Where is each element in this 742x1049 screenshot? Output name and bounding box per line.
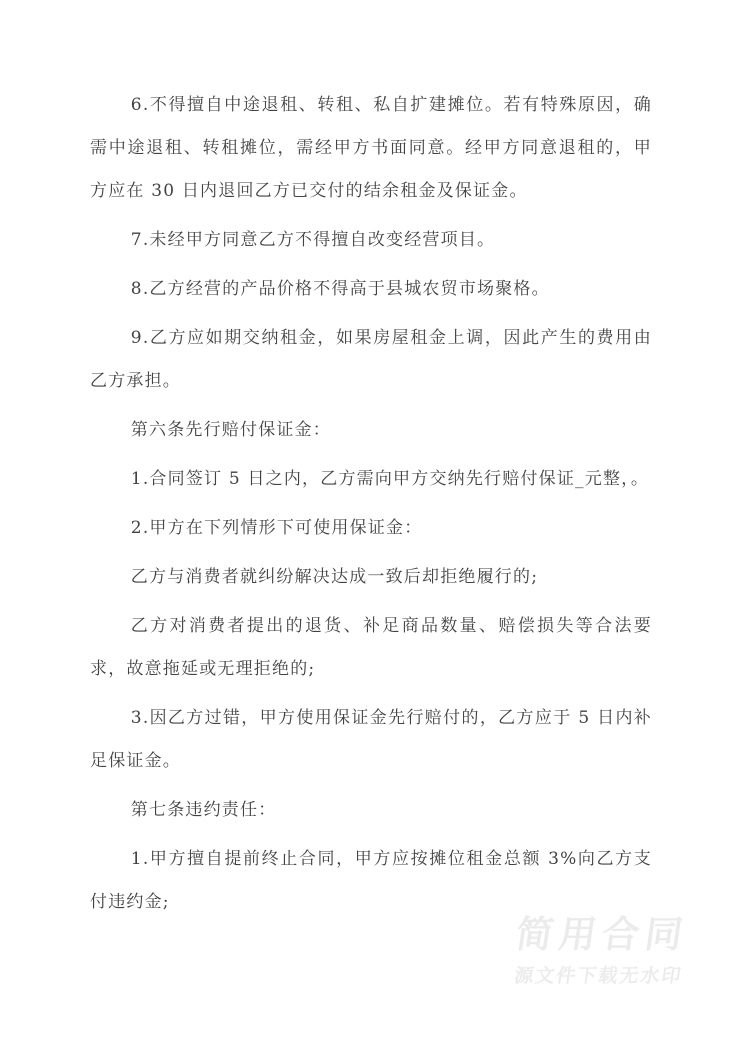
article-7-item-1: 1.甲方擅自提前终止合同，甲方应按摊位租金总额 3%向乙方支付违约金; bbox=[90, 838, 652, 924]
article-6-item-1: 1.合同签订 5 日之内，乙方需向甲方交纳先行赔付保证_元整，。 bbox=[90, 458, 652, 501]
deposit-use-case-1: 乙方与消费者就纠纷解决达成一致后却拒绝履行的; bbox=[90, 556, 652, 599]
clause-9: 9.乙方应如期交纳租金，如果房屋租金上调，因此产生的费用由乙方承担。 bbox=[90, 317, 652, 403]
clause-8: 8.乙方经营的产品价格不得高于县城农贸市场聚格。 bbox=[90, 268, 652, 311]
article-6-heading: 第六条先行赔付保证金： bbox=[90, 409, 652, 452]
article-7-heading: 第七条违约责任： bbox=[90, 789, 652, 832]
watermark-subtitle: 源文件下载无水印 bbox=[509, 967, 684, 986]
watermark-title: 简用合同 bbox=[514, 916, 691, 953]
article-6-item-2: 2.甲方在下列情形下可使用保证金： bbox=[90, 507, 652, 550]
clause-7: 7.未经甲方同意乙方不得擅自改变经营项目。 bbox=[90, 219, 652, 262]
contract-page: 6.不得擅自中途退租、转租、私自扩建摊位。若有特殊原因，确需中途退租、转租摊位，… bbox=[0, 0, 742, 1049]
contract-body: 6.不得擅自中途退租、转租、私自扩建摊位。若有特殊原因，确需中途退租、转租摊位，… bbox=[90, 84, 652, 930]
article-6-item-3: 3.因乙方过错，甲方使用保证金先行赔付的，乙方应于 5 日内补足保证金。 bbox=[90, 697, 652, 783]
deposit-use-case-2: 乙方对消费者提出的退货、补足商品数量、赔偿损失等合法要求，故意拖延或无理拒绝的; bbox=[90, 605, 652, 691]
watermark: 简用合同 源文件下载无水印 bbox=[509, 916, 691, 986]
clause-6: 6.不得擅自中途退租、转租、私自扩建摊位。若有特殊原因，确需中途退租、转租摊位，… bbox=[90, 84, 652, 213]
